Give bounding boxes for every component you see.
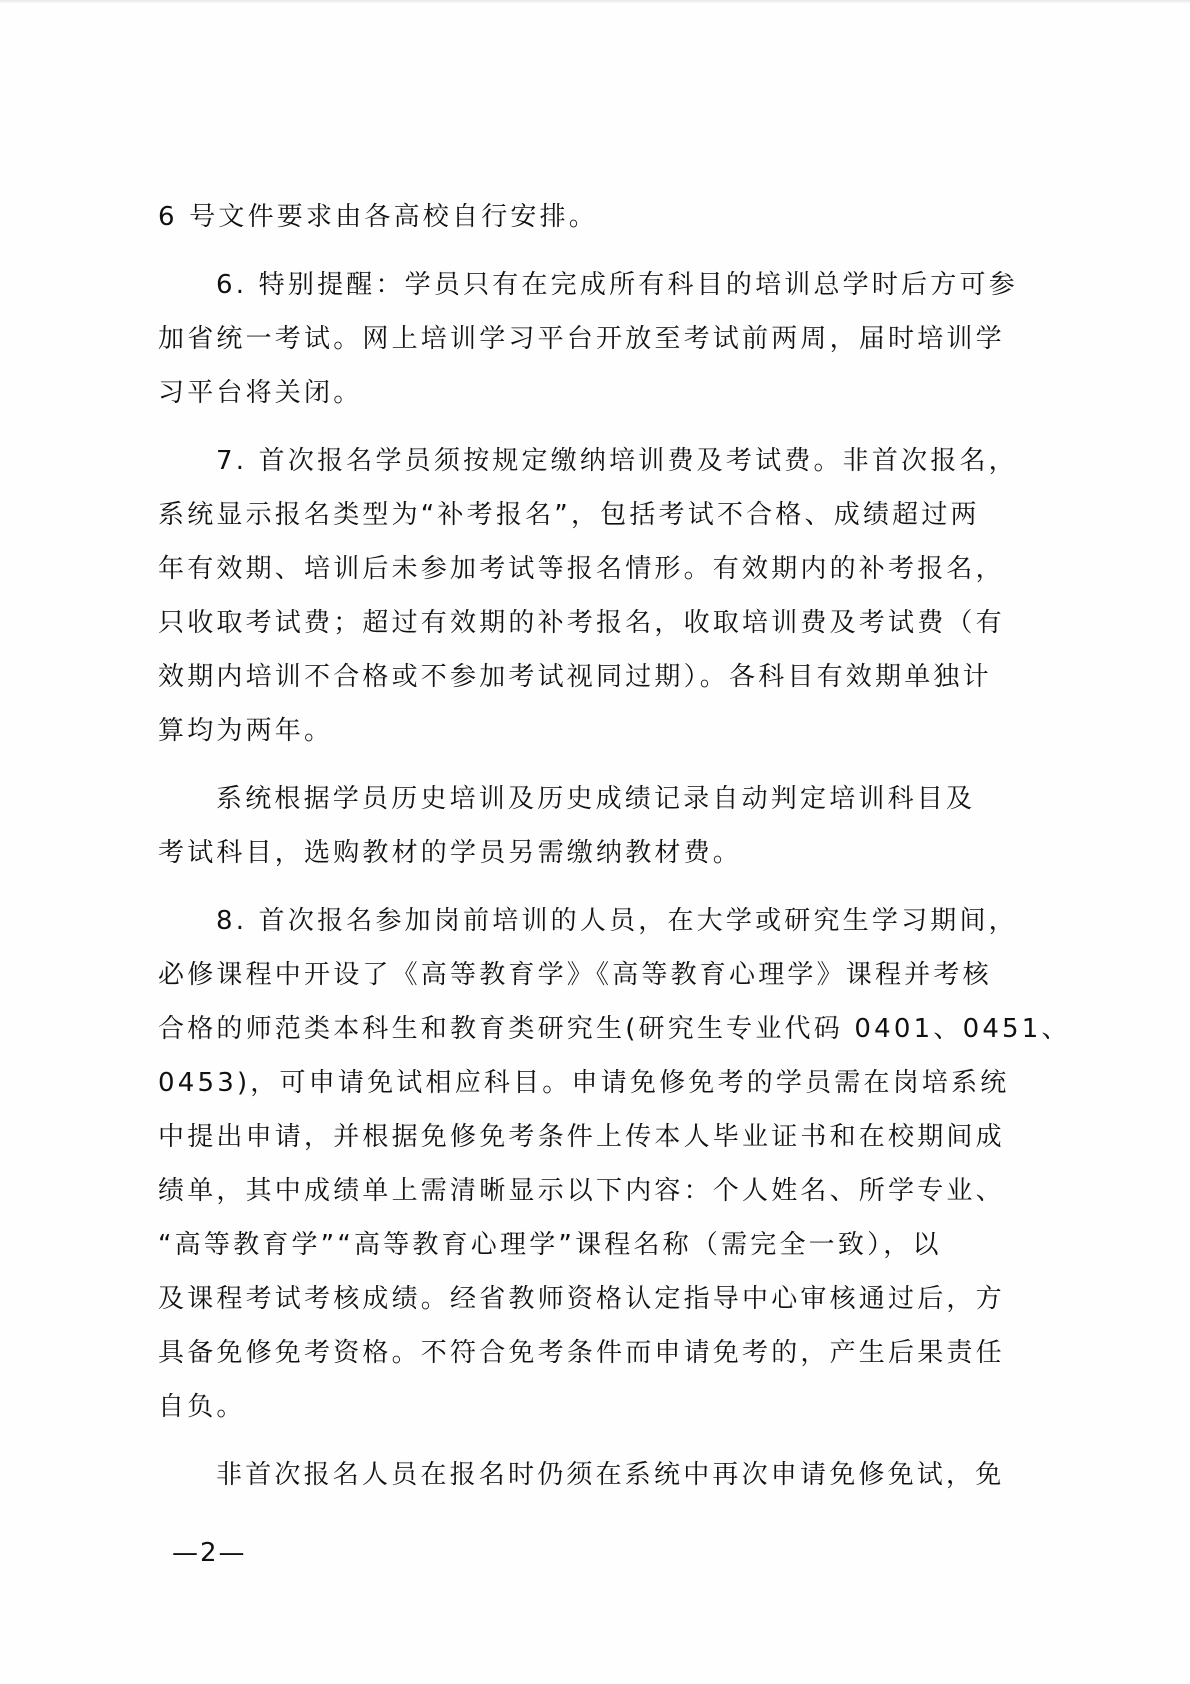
text-line: 合格的师范类本科生和教育类研究生(研究生专业代码 0401、0451、 xyxy=(158,1002,1038,1056)
document-body: 6 号文件要求由各高校自行安排。 6. 特别提醒：学员只有在完成所有科目的培训总… xyxy=(158,190,1038,1502)
text-line: 0453)，可申请免试相应科目。申请免修免考的学员需在岗培系统 xyxy=(158,1056,1038,1110)
paragraph-item-6: 6. 特别提醒：学员只有在完成所有科目的培训总学时后方可参 加省统一考试。网上培… xyxy=(158,258,1038,420)
document-page: 6 号文件要求由各高校自行安排。 6. 特别提醒：学员只有在完成所有科目的培训总… xyxy=(0,0,1190,1684)
text-line: 年有效期、培训后未参加考试等报名情形。有效期内的补考报名， xyxy=(158,542,1038,596)
paragraph-item-7: 7. 首次报名学员须按规定缴纳培训费及考试费。非首次报名， 系统显示报名类型为“… xyxy=(158,434,1038,758)
text-line: 中提出申请，并根据免修免考条件上传本人毕业证书和在校期间成 xyxy=(158,1110,1038,1164)
text-line: 具备免修免考资格。不符合免考条件而申请免考的，产生后果责任 xyxy=(158,1326,1038,1380)
text-line: 只收取考试费；超过有效期的补考报名，收取培训费及考试费（有 xyxy=(158,596,1038,650)
text-line: 非首次报名人员在报名时仍须在系统中再次申请免修免试，免 xyxy=(158,1448,1038,1502)
text-line: “高等教育学”“高等教育心理学”课程名称（需完全一致），以 xyxy=(158,1218,1038,1272)
paragraph-item-7-note: 系统根据学员历史培训及历史成绩记录自动判定培训科目及 考试科目，选购教材的学员另… xyxy=(158,772,1038,880)
text-line: 加省统一考试。网上培训学习平台开放至考试前两周，届时培训学 xyxy=(158,312,1038,366)
text-line: 及课程考试考核成绩。经省教师资格认定指导中心审核通过后，方 xyxy=(158,1272,1038,1326)
text-line: 效期内培训不合格或不参加考试视同过期）。各科目有效期单独计 xyxy=(158,650,1038,704)
text-line: 习平台将关闭。 xyxy=(158,366,1038,420)
text-line: 算均为两年。 xyxy=(158,704,1038,758)
text-line: 考试科目，选购教材的学员另需缴纳教材费。 xyxy=(158,826,1038,880)
text-line: 自负。 xyxy=(158,1380,1038,1434)
text-line: 6. 特别提醒：学员只有在完成所有科目的培训总学时后方可参 xyxy=(158,258,1038,312)
scan-edge xyxy=(0,0,1190,4)
text-line: 6 号文件要求由各高校自行安排。 xyxy=(158,190,1038,244)
page-number: —2— xyxy=(172,1538,247,1568)
text-line: 8. 首次报名参加岗前培训的人员，在大学或研究生学习期间， xyxy=(158,894,1038,948)
paragraph-item-8-note: 非首次报名人员在报名时仍须在系统中再次申请免修免试，免 xyxy=(158,1448,1038,1502)
text-line: 必修课程中开设了《高等教育学》《高等教育心理学》课程并考核 xyxy=(158,948,1038,1002)
paragraph-continuation: 6 号文件要求由各高校自行安排。 xyxy=(158,190,1038,244)
text-line: 7. 首次报名学员须按规定缴纳培训费及考试费。非首次报名， xyxy=(158,434,1038,488)
text-line: 系统显示报名类型为“补考报名”，包括考试不合格、成绩超过两 xyxy=(158,488,1038,542)
text-line: 系统根据学员历史培训及历史成绩记录自动判定培训科目及 xyxy=(158,772,1038,826)
paragraph-item-8: 8. 首次报名参加岗前培训的人员，在大学或研究生学习期间， 必修课程中开设了《高… xyxy=(158,894,1038,1434)
text-line: 绩单，其中成绩单上需清晰显示以下内容：个人姓名、所学专业、 xyxy=(158,1164,1038,1218)
